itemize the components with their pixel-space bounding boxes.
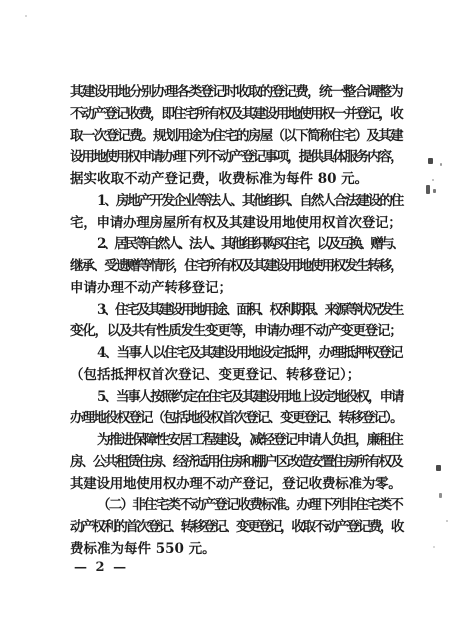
scan-artifact-speck <box>426 185 430 194</box>
document-body-text: 其建设用地分别办理各类登记时收取的登记费，统一整合调整为 不动产登记收费，即住宅… <box>70 82 402 561</box>
text-line: 申请办理不动产转移登记； <box>70 278 402 300</box>
scan-artifact-speck <box>446 520 448 522</box>
text-line: 设用地使用权申请办理下列不动产登记事项，提供具体服务内容， <box>70 147 402 169</box>
scan-artifact-speck <box>440 163 442 166</box>
text-line: （包括抵押权首次登记、变更登记、转移登记）； <box>70 365 402 387</box>
text-line: 动产权利的首次登记、转移登记、变更登记，收取不动产登记费，收 <box>70 517 402 539</box>
text-line: 房、公共租赁住房、经济适用住房和棚户区改造安置住房所有权及 <box>70 452 402 474</box>
scan-artifact-speck <box>432 179 434 181</box>
text-line: 宅，申请办理房屋所有权及其建设用地使用权首次登记； <box>70 213 402 235</box>
text-line: 继承、受遗赠等情形，住宅所有权及其建设用地使用权发生转移， <box>70 256 402 278</box>
scan-artifact-speck <box>25 15 27 17</box>
scan-artifact-speck <box>436 465 441 471</box>
text-line: 为推进保障性安居工程建设，减轻登记申请人负担，廉租住 <box>70 430 402 452</box>
page-number: — 2 — <box>74 559 128 577</box>
text-line: 4、当事人以住宅及其建设用地设定抵押，办理抵押权登记 <box>70 343 402 365</box>
scan-artifact-speck <box>433 189 436 193</box>
scan-artifact-speck <box>439 493 442 498</box>
text-line: （二）非住宅类不动产登记收费标准。办理下列非住宅类不 <box>70 495 402 517</box>
text-line: 据实收取不动产登记费，收费标准为每件 80 元。 <box>70 169 402 191</box>
text-line: 不动产登记收费，即住宅所有权及其建设用地使用权一并登记，收 <box>70 104 402 126</box>
text-line: 3、住宅及其建设用地用途、面积、权利期限、来源等状况发生 <box>70 300 402 322</box>
text-line: 取一次登记费。规划用途为住宅的房屋（以下简称住宅）及其建 <box>70 126 402 148</box>
scan-artifact-speck <box>428 158 433 164</box>
text-line: 办理地役权登记（包括地役权首次登记、变更登记、转移登记）。 <box>70 408 402 430</box>
text-line: 1、房地产开发企业等法人、其他组织、自然人合法建设的住 <box>70 191 402 213</box>
text-line: 5、当事人按照约定在住宅及其建设用地上设定地役权，申请 <box>70 387 402 409</box>
scan-artifact-speck <box>433 546 435 548</box>
text-line: 费标准为每件 550 元。 <box>70 539 402 561</box>
text-line: 2、居民等自然人、法人、其他组织购买住宅，以及互换、赠与、 <box>70 234 402 256</box>
text-line: 其建设用地使用权办理不动产登记，登记收费标准为零。 <box>70 474 402 496</box>
text-line: 变化，以及共有性质发生变更等，申请办理不动产变更登记； <box>70 321 402 343</box>
text-line: 其建设用地分别办理各类登记时收取的登记费，统一整合调整为 <box>70 82 402 104</box>
scanned-document-page: 其建设用地分别办理各类登记时收取的登记费，统一整合调整为 不动产登记收费，即住宅… <box>0 0 452 643</box>
